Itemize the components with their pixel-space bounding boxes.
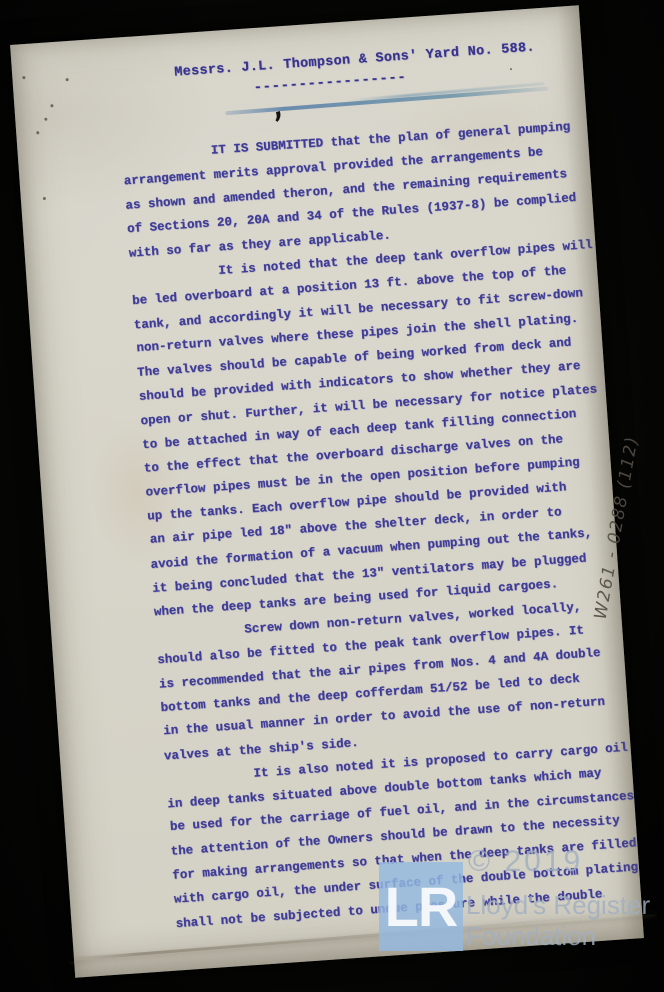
paper-speck	[22, 76, 25, 79]
paper-bottom-shadow	[74, 917, 644, 978]
paper-speck	[510, 68, 512, 70]
paper-speck	[50, 104, 53, 107]
paper-speck	[66, 78, 69, 81]
paper-speck	[44, 118, 47, 121]
document-page: Messrs. J.L. Thompson & Sons' Yard No. 5…	[10, 5, 644, 977]
document-body: IT IS SUBMITTED that the plan of general…	[121, 112, 649, 935]
paper-speck	[36, 131, 39, 134]
paper-speck	[43, 197, 46, 200]
scanned-document-view: Messrs. J.L. Thompson & Sons' Yard No. 5…	[0, 0, 664, 992]
